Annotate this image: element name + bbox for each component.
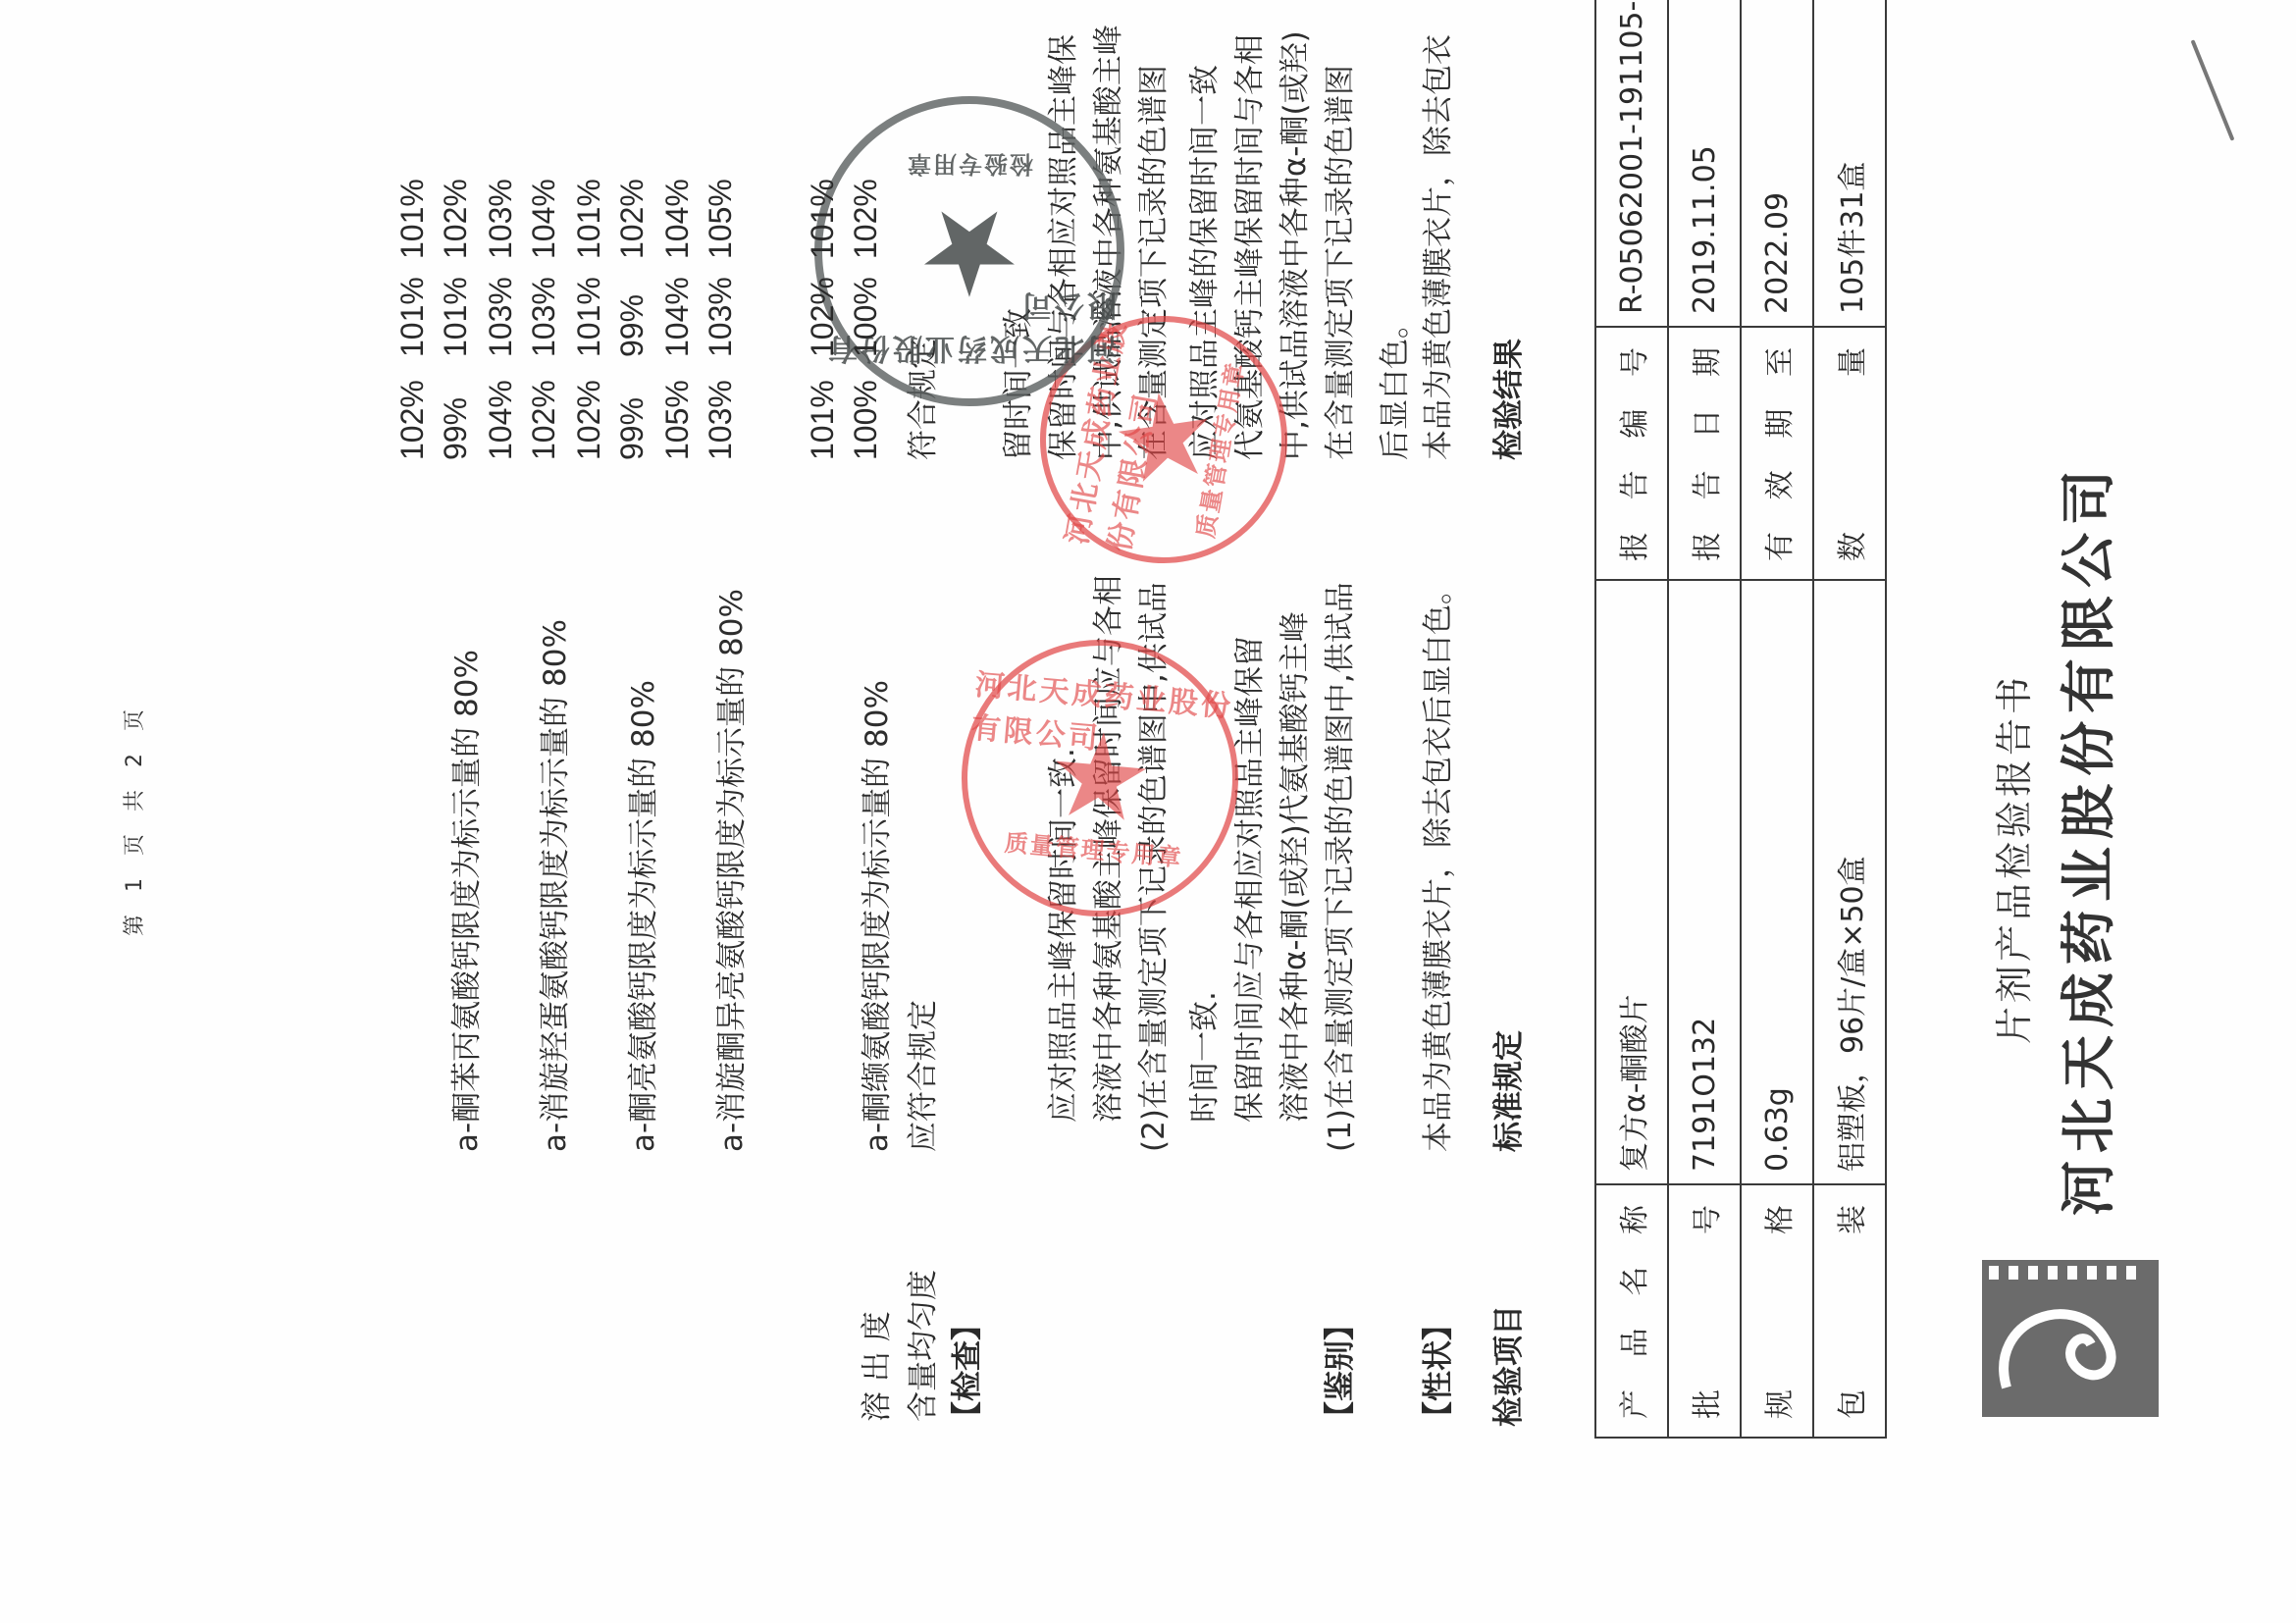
dissolution-value: 101% xyxy=(805,179,841,259)
company-logo-icon xyxy=(1967,1250,2164,1427)
standard-content-uniformity: 应符合规定 xyxy=(898,1000,942,1152)
section-heading-identification: 【鉴别】 xyxy=(1315,1310,1359,1432)
result-appearance-line-1: 本品为黄色薄膜衣片，除去包衣 xyxy=(1413,34,1457,460)
value-expiry: 2022.09 xyxy=(1741,0,1813,327)
table-row: 包 装 铝塑板，96片/盒×50盒 数 量 105件31盒 xyxy=(1813,0,1886,1438)
label-expiry: 有效期至 xyxy=(1741,327,1813,580)
value-quantity: 105件31盒 xyxy=(1813,0,1886,327)
dissolution-value: 104% xyxy=(526,179,562,259)
dissolution-value: 102% xyxy=(848,179,884,259)
dissolution-value: 105% xyxy=(659,380,696,460)
dissolution-value: 103% xyxy=(483,277,519,357)
dissolution-value: 101% xyxy=(394,179,431,259)
dissolution-value: 99% xyxy=(438,397,474,460)
table-row: 批 号 7191O132 报告日期 2019.11.05 xyxy=(1668,0,1741,1438)
dissolution-value: 105% xyxy=(703,179,739,259)
document-title: 片剂产品检验报告书 xyxy=(1984,673,2038,1044)
dissolution-value: 102% xyxy=(394,380,431,460)
section-heading-inspection: 【检查】 xyxy=(942,1310,986,1432)
result-appearance-line-2: 后显白色。 xyxy=(1370,308,1414,460)
dissolution-value: 102% xyxy=(438,179,474,259)
result-id1-line-1: 在含量测定项下记录的色谱图 xyxy=(1315,65,1359,460)
dissolution-value: 103% xyxy=(703,380,739,460)
dissolution-value: 102% xyxy=(526,380,562,460)
dissolution-value: 101% xyxy=(805,380,841,460)
value-packaging: 铝塑板，96片/盒×50盒 xyxy=(1813,580,1886,1184)
dissolution-value: 99% xyxy=(614,294,651,357)
value-specification: 0.63g xyxy=(1741,580,1813,1184)
dissolution-value: 104% xyxy=(659,277,696,357)
dissolution-value: 102% xyxy=(614,179,651,259)
label-quantity: 数 量 xyxy=(1813,327,1886,580)
dissolution-value: 99% xyxy=(614,397,651,460)
standard-id1-line-2: 溶液中各种α-酮(或羟)代氨基酸钙主峰 xyxy=(1270,611,1314,1123)
stamp-outer-text: 河北天成药业股份有限公司 xyxy=(969,660,1241,769)
standard-appearance: 本品为黄色薄膜衣片，除去包衣后显白色。 xyxy=(1413,574,1457,1152)
dissolution-value: 101% xyxy=(571,179,607,259)
column-heading-result: 检验结果 xyxy=(1484,339,1528,460)
label-report-date: 报告日期 xyxy=(1668,327,1741,580)
label-report-number: 报告编号 xyxy=(1595,327,1668,580)
page-indicator: 第 1 页 共 2 页 xyxy=(118,702,148,936)
value-report-number: R-05062001-191105-03 xyxy=(1595,0,1668,327)
dissolution-value: 104% xyxy=(659,179,696,259)
dissolution-value: 101% xyxy=(438,277,474,357)
dissolution-value: 104% xyxy=(483,380,519,460)
inspection-report-page: 河北天成药业股份有限公司 片剂产品检验报告书 产品名称 复方α-酮酸片 报告编号… xyxy=(0,0,2296,1623)
quality-stamp-red-1: 河北天成药业股份有限公司 ★ 质量管理专用章 xyxy=(950,628,1250,928)
dissolution-value: 103% xyxy=(483,179,519,259)
table-row: 产品名称 复方α-酮酸片 报告编号 R-05062001-191105-03 xyxy=(1595,0,1668,1438)
staple-mark xyxy=(2191,39,2235,140)
dissolution-value: 103% xyxy=(703,277,739,357)
column-heading-standard: 标准规定 xyxy=(1484,1030,1528,1152)
product-info-table: 产品名称 复方α-酮酸片 报告编号 R-05062001-191105-03 批… xyxy=(1594,0,1887,1439)
stamp-inner-text: 检验专用章 xyxy=(906,149,1033,183)
dissolution-value: 101% xyxy=(394,277,431,357)
dissolution-value: 102% xyxy=(805,277,841,357)
standard-id1-line-1: (1)在含量测定项下记录的色谱图中,供试品 xyxy=(1315,582,1359,1152)
label-batch-number: 批 号 xyxy=(1668,1184,1741,1438)
label-product-name: 产品名称 xyxy=(1595,1184,1668,1438)
standard-dissolution-1: a-酮缬氨酸钙限度为标示量的 80% xyxy=(852,680,896,1152)
dissolution-value: 100% xyxy=(848,277,884,357)
standard-dissolution-4: a-消旋羟蛋氨酸钙限度为标示量的 80% xyxy=(530,619,574,1152)
dissolution-value: 103% xyxy=(526,277,562,357)
table-row: 规 格 0.63g 有效期至 2022.09 xyxy=(1741,0,1813,1438)
column-heading-item: 检验项目 xyxy=(1484,1305,1528,1427)
dissolution-value: 100% xyxy=(848,380,884,460)
standard-dissolution-3: a-酮亮氨酸钙限度为标示量的 80% xyxy=(618,680,662,1152)
standard-id1-line-4: 时间一致. xyxy=(1179,991,1224,1123)
label-packaging: 包 装 xyxy=(1813,1184,1886,1438)
label-content-uniformity: 含量均匀度 xyxy=(898,1270,942,1422)
dissolution-value: 102% xyxy=(571,380,607,460)
value-report-date: 2019.11.05 xyxy=(1668,0,1741,327)
standard-dissolution-5: a-酮苯丙氨酸钙限度为标示量的 80% xyxy=(442,650,486,1152)
label-dissolution: 溶 出 度 xyxy=(852,1311,896,1422)
dissolution-value: 101% xyxy=(571,277,607,357)
value-batch-number: 7191O132 xyxy=(1668,580,1741,1184)
label-specification: 规 格 xyxy=(1741,1184,1813,1438)
section-heading-appearance: 【性状】 xyxy=(1413,1310,1457,1432)
stamp-inner-text: 质量管理专用章 xyxy=(1004,823,1184,873)
value-product-name: 复方α-酮酸片 xyxy=(1595,580,1668,1184)
company-name: 河北天成药业股份有限公司 xyxy=(2046,462,2124,1216)
standard-dissolution-2: a-消旋酮异亮氨酸钙限度为标示量的 80% xyxy=(706,589,751,1152)
